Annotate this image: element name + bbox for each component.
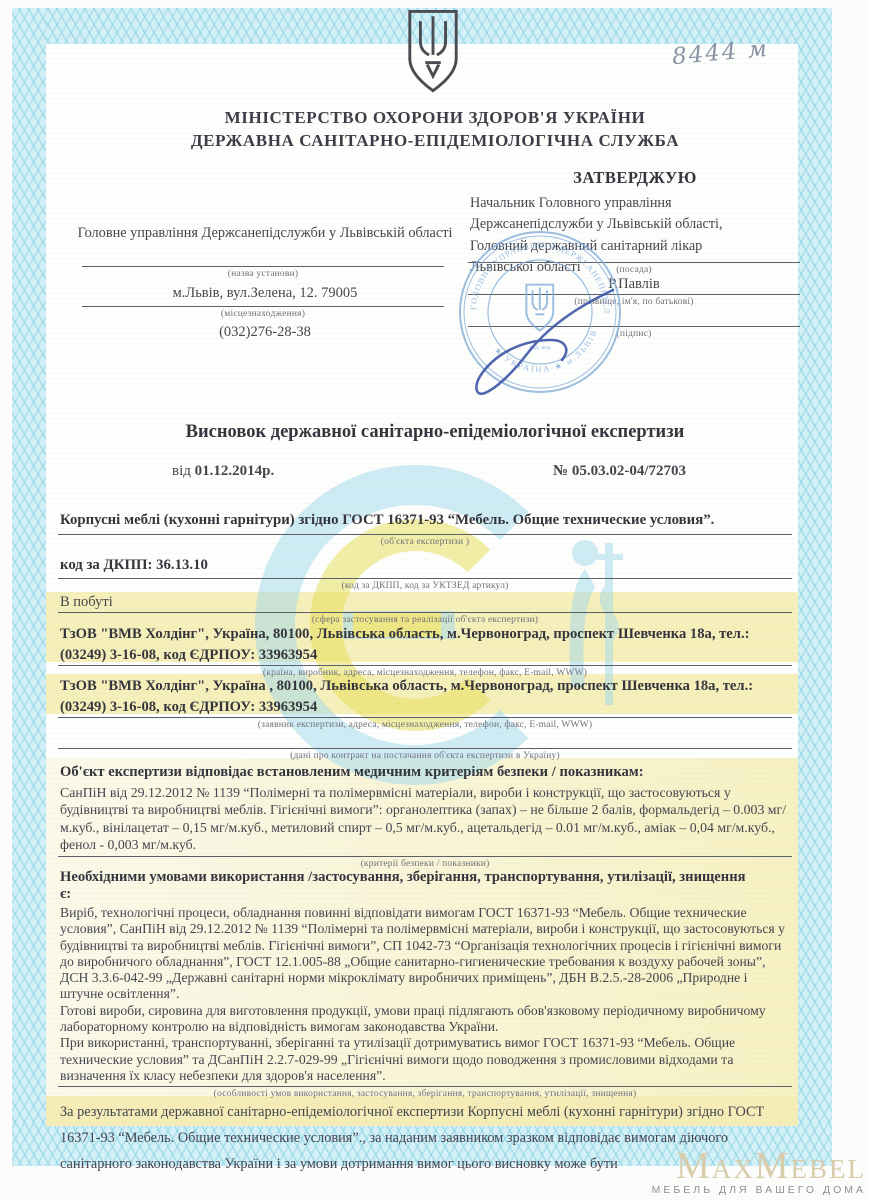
conditions-heading-line1: Необхідними умовами використання /застос… xyxy=(60,869,800,886)
code-caption: (код за ДКПП, код за УКТЗЕД артикул) xyxy=(58,581,792,591)
code-underline xyxy=(58,578,792,579)
conditions-body: Виріб, технологічні процеси, обладнання … xyxy=(60,905,792,1084)
date-value: 01.12.2014р. xyxy=(195,463,275,479)
certificate-border-right xyxy=(798,8,832,1166)
scope-underline xyxy=(58,612,792,613)
approver-position-line: Начальник Головного управління xyxy=(470,193,802,214)
issuer-name-caption: (назва установи) xyxy=(82,269,444,279)
conditions-heading: Необхідними умовами використання /застос… xyxy=(60,869,800,903)
expertise-object-text: Корпусні меблі (кухонні гарнітури) згідн… xyxy=(60,512,794,529)
maxmebel-tagline: МЕБЕЛЬ ДЛЯ ВАШЕГО ДОМА xyxy=(540,1184,866,1196)
issuer-name: Головне управління Держсанепідслужби у Л… xyxy=(75,223,455,244)
conditions-paragraph: Готові вироби, сировина для виготовлення… xyxy=(60,1003,792,1036)
issuer-address-underline xyxy=(82,306,444,307)
issuer-address: м.Львів, вул.Зелена, 12. 79005 xyxy=(75,285,455,302)
manufacturer-text: ТзОВ "ВМВ Холдінг", Україна, 80100, Льві… xyxy=(60,624,794,665)
criteria-heading: Об'єкт експертизи відповідає встановлени… xyxy=(60,764,794,781)
criteria-caption: (критерії безпеки / показники) xyxy=(58,859,792,869)
document-number: № 05.03.02-04/72703 xyxy=(553,463,686,480)
contract-caption: (дані про контракт на постачання об'єкта… xyxy=(58,751,792,761)
conditions-caption: (особливості умов використання, застосув… xyxy=(58,1089,792,1099)
usage-scope: В побуті xyxy=(60,594,794,611)
approve-title: ЗАТВЕРДЖУЮ xyxy=(470,168,800,188)
applicant-text: ТзОВ "ВМВ Холдінг", Україна , 80100, Льв… xyxy=(60,676,794,717)
conditions-heading-line2: є: xyxy=(60,886,800,903)
criteria-body: СанПіН від 29.12.2012 № 1139 “Полімерні … xyxy=(60,784,792,854)
applicant-caption: (заявник експертизи, адреса, місцезнаход… xyxy=(58,720,792,730)
document-title: Висновок державної санітарно-епідеміолог… xyxy=(70,422,800,443)
issuer-phone: (032)276-28-38 xyxy=(75,324,455,341)
maxmebel-brand: MaxMebel xyxy=(540,1148,866,1184)
manufacturer-underline xyxy=(58,665,792,666)
date-label: від xyxy=(172,463,191,479)
conditions-paragraph: Виріб, технологічні процеси, обладнання … xyxy=(60,905,792,1003)
ministry-title-line1: МІНІСТЕРСТВО ОХОРОНИ ЗДОРОВ'Я УКРАЇНИ xyxy=(85,108,785,128)
ukraine-trident-emblem xyxy=(404,8,462,96)
document-date: від 01.12.2014р. xyxy=(172,463,274,480)
certificate-border-left xyxy=(12,8,46,1166)
object-underline xyxy=(58,534,792,535)
issuer-name-underline xyxy=(82,266,444,267)
conditions-paragraph: При використанні, транспортуванні, збері… xyxy=(60,1035,792,1084)
issuer-address-caption: (місцезнаходження) xyxy=(82,309,444,319)
maxmebel-logo: MaxMebel МЕБЕЛЬ ДЛЯ ВАШЕГО ДОМА xyxy=(540,1148,866,1196)
ministry-title-line2: ДЕРЖАВНА САНІТАРНО-ЕПІДЕМІОЛОГІЧНА СЛУЖБ… xyxy=(85,131,785,151)
contract-underline xyxy=(58,748,792,749)
applicant-underline xyxy=(58,717,792,718)
signature-stroke xyxy=(455,270,655,405)
criteria-underline xyxy=(58,856,792,857)
conditions-underline xyxy=(58,1086,792,1087)
dkpp-code: код за ДКПП: 36.13.10 xyxy=(60,557,794,574)
object-caption: (об'єкта експертизи ) xyxy=(58,537,792,547)
